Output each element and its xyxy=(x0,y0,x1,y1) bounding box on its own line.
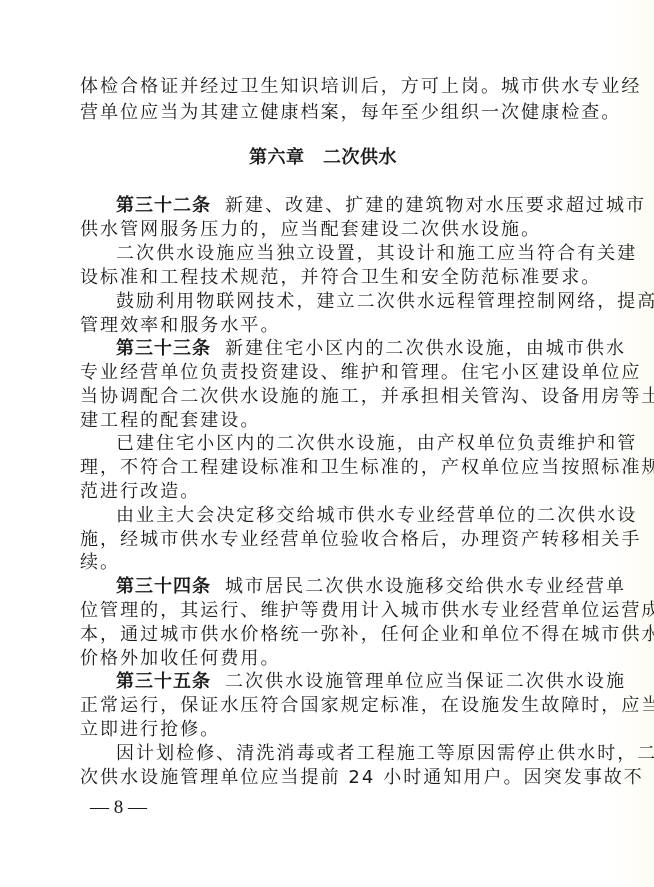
chapter-title: 第六章 二次供水 xyxy=(80,146,566,170)
text-line: 本，通过城市供水价格统一弥补，任何企业和单位不得在城市供水 xyxy=(80,623,654,647)
text-line: 正常运行，保证水压符合国家规定标准，在设施发生故障时，应当 xyxy=(80,694,654,718)
article-heading: 第三十五条 xyxy=(116,671,211,692)
text-line: 管理效率和服务水平。 xyxy=(80,314,281,338)
page-number: — 8 — xyxy=(90,796,147,820)
text-line: 施，经城市供水专业经营单位验收合格后，办理资产转移相关手 xyxy=(80,528,641,552)
text-line: 由业主大会决定移交给城市供水专业经营单位的二次供水设 xyxy=(116,504,637,528)
text-span: 新建住宅小区内的二次供水设施，由城市供水 xyxy=(225,338,626,359)
text-line: 供水管网服务压力的，应当配套建设二次供水设施。 xyxy=(80,218,541,242)
text-line: 专业经营单位负责投资建设、维护和管理。住宅小区建设单位应 xyxy=(80,361,641,385)
text-span: 城市居民二次供水设施移交给供水专业经营单 xyxy=(225,576,626,597)
text-line: 已建住宅小区内的二次供水设施，由产权单位负责维护和管 xyxy=(116,432,637,456)
text-line: 立即进行抢修。 xyxy=(80,718,220,742)
article-32-first-line: 第三十二条新建、改建、扩建的建筑物对水压要求超过城市 xyxy=(116,194,646,218)
article-34-first-line: 第三十四条城市居民二次供水设施移交给供水专业经营单 xyxy=(116,575,626,599)
text-line: 设标准和工程技术规范，并符合卫生和安全防范标准要求。 xyxy=(80,266,601,290)
text-line: 位管理的，其运行、维护等费用计入城市供水专业经营单位运营成 xyxy=(80,599,654,623)
text-line: 因计划检修、清洗消毒或者工程施工等原因需停止供水时，二 xyxy=(116,742,654,766)
text-line: 理，不符合工程建设标准和卫生标准的，产权单位应当按照标准规 xyxy=(80,456,654,480)
text-line: 价格外加收任何费用。 xyxy=(80,647,281,671)
text-line: 范进行改造。 xyxy=(80,480,200,504)
text-line: 续。 xyxy=(80,551,120,575)
text-line: 当协调配合二次供水设施的施工，并承担相关管沟、设备用房等土 xyxy=(80,385,654,409)
article-35-first-line: 第三十五条二次供水设施管理单位应当保证二次供水设施 xyxy=(116,670,626,694)
article-heading: 第三十二条 xyxy=(116,195,211,216)
article-heading: 第三十三条 xyxy=(116,338,211,359)
text-line: 营单位应当为其建立健康档案，每年至少组织一次健康检查。 xyxy=(80,101,621,125)
text-line: 鼓励利用物联网技术，建立二次供水远程管理控制网络，提高 xyxy=(116,290,654,314)
text-span: 二次供水设施管理单位应当保证二次供水设施 xyxy=(225,671,626,692)
article-heading: 第三十四条 xyxy=(116,576,211,597)
article-33-first-line: 第三十三条新建住宅小区内的二次供水设施，由城市供水 xyxy=(116,337,626,361)
text-line: 二次供水设施应当独立设置，其设计和施工应当符合有关建 xyxy=(116,242,637,266)
text-line: 体检合格证并经过卫生知识培训后，方可上岗。城市供水专业经 xyxy=(80,75,641,99)
text-line: 次供水设施管理单位应当提前 24 小时通知用户。因突发事故不 xyxy=(80,766,644,790)
text-span: 新建、改建、扩建的建筑物对水压要求超过城市 xyxy=(225,195,646,216)
text-line: 建工程的配套建设。 xyxy=(80,409,260,433)
